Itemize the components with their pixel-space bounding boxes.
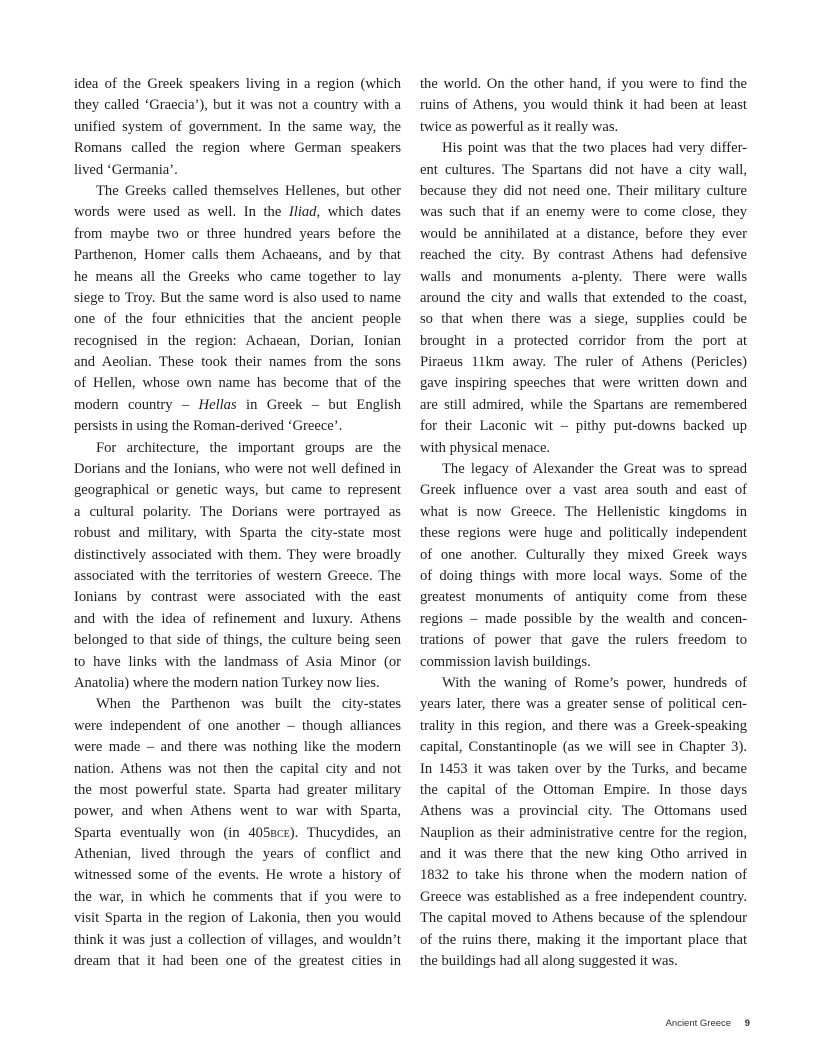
text-line: were independent of one another – though…	[74, 716, 401, 737]
text-line: reached the city. By contrast Athens had…	[420, 245, 747, 266]
text-line: they called ‘Graecia’), but it was not a…	[74, 95, 401, 116]
left-column: idea of the Greek speakers living in a r…	[74, 74, 401, 972]
text-line: recognised in the region: Achaean, Doria…	[74, 331, 401, 352]
text-line: belonged to that side of things, the cul…	[74, 630, 401, 651]
text-line: from maybe two or three hundred years be…	[74, 224, 401, 245]
text-line: witnessed some of the events. He wrote a…	[74, 865, 401, 886]
text-line: In 1453 it was taken over by the Turks, …	[420, 759, 747, 780]
text-line: around the city and walls that extended …	[420, 288, 747, 309]
text-line: The capital moved to Athens because of t…	[420, 908, 747, 929]
text-line: years later, there was a greater sense o…	[420, 694, 747, 715]
text-line: of Hellen, whose own name has become tha…	[74, 373, 401, 394]
text-line: siege to Troy. But the same word is also…	[74, 288, 401, 309]
text-line: the capital of the Ottoman Empire. In th…	[420, 780, 747, 801]
text-line: gave inspiring speeches that were writte…	[420, 373, 747, 394]
page-footer: Ancient Greece 9	[666, 1018, 750, 1029]
text-line: of doing things with more local ways. So…	[420, 566, 747, 587]
italic-term: Hellas	[199, 397, 237, 413]
text-line: were made – and there was nothing like t…	[74, 737, 401, 758]
text-line: The Greeks called themselves Hellenes, b…	[74, 181, 401, 202]
right-column: the world. On the other hand, if you wer…	[420, 74, 747, 972]
text-line: dream that it had been one of the greate…	[74, 951, 401, 972]
text-line: he means all the Greeks who came togethe…	[74, 267, 401, 288]
text-line: the buildings had all along suggested it…	[420, 951, 747, 972]
text-line: With the waning of Rome’s power, hundred…	[420, 673, 747, 694]
small-caps-term: bce	[270, 825, 289, 841]
text-line: 1832 to take his throne when the modern …	[420, 865, 747, 886]
text-line: nation. Athens was not then the capital …	[74, 759, 401, 780]
text-line: Greece was established as a free indepen…	[420, 887, 747, 908]
text-line: greatest monuments of antiquity come fro…	[420, 587, 747, 608]
text-line: so that when there was a siege, supplies…	[420, 309, 747, 330]
text-line: The legacy of Alexander the Great was to…	[420, 459, 747, 480]
text-line: commission lavish buildings.	[420, 652, 747, 673]
text-line: regions – made possible by the wealth an…	[420, 609, 747, 630]
text-line: the war, in which he comments that if yo…	[74, 887, 401, 908]
text-line: distinctively associated with them. They…	[74, 545, 401, 566]
text-line: to have links with the landmass of Asia …	[74, 652, 401, 673]
text-line: brought in a protected corridor from the…	[420, 331, 747, 352]
text-line: twice as powerful as it really was.	[420, 117, 747, 138]
book-page: idea of the Greek speakers living in a r…	[0, 0, 818, 1064]
text-line: robust and military, with Sparta the cit…	[74, 523, 401, 544]
text-line: Romans called the region where German sp…	[74, 138, 401, 159]
text-line: Nauplion as their administrative centre …	[420, 823, 747, 844]
text-line: power, and when Athens went to war with …	[74, 801, 401, 822]
page-number: 9	[745, 1018, 750, 1029]
text-line: His point was that the two places had ve…	[420, 138, 747, 159]
text-line: would be annihilated at a distance, befo…	[420, 224, 747, 245]
text-line: For architecture, the important groups a…	[74, 438, 401, 459]
running-title: Ancient Greece	[666, 1018, 731, 1029]
text-line: the most powerful state. Sparta had grea…	[74, 780, 401, 801]
text-line: was such that if an enemy were to come c…	[420, 202, 747, 223]
text-line: persists in using the Roman-derived ‘Gre…	[74, 416, 401, 437]
text-line: a cultural polarity. The Dorians were po…	[74, 502, 401, 523]
text-line: visit Sparta in the region of Lakonia, t…	[74, 908, 401, 929]
text-line: Athens was a provincial city. The Ottoma…	[420, 801, 747, 822]
text-line: with physical menace.	[420, 438, 747, 459]
text-line: think it was just a collection of villag…	[74, 930, 401, 951]
text-line: of one another. Culturally they mixed Gr…	[420, 545, 747, 566]
text-line: what is now Greece. The Hellenistic king…	[420, 502, 747, 523]
text-line: of the ruins there, making it the import…	[420, 930, 747, 951]
text-line: these regions were huge and politically …	[420, 523, 747, 544]
text-line: unified system of government. In the sam…	[74, 117, 401, 138]
text-line: lived ‘Germania’.	[74, 160, 401, 181]
text-line: Piraeus 11km away. The ruler of Athens (…	[420, 352, 747, 373]
text-line: idea of the Greek speakers living in a r…	[74, 74, 401, 95]
text-line: associated with the territories of weste…	[74, 566, 401, 587]
text-line: one of the four ethnicities that the anc…	[74, 309, 401, 330]
text-line: because they did not need one. Their mil…	[420, 181, 747, 202]
text-line: are still admired, while the Spartans ar…	[420, 395, 747, 416]
text-line: trality in this region, and there was a …	[420, 716, 747, 737]
text-line: walls and monuments a-plenty. There were…	[420, 267, 747, 288]
text-line: Anatolia) where the modern nation Turkey…	[74, 673, 401, 694]
text-line: ent cultures. The Spartans did not have …	[420, 160, 747, 181]
text-line: the world. On the other hand, if you wer…	[420, 74, 747, 95]
text-line: When the Parthenon was built the city-st…	[74, 694, 401, 715]
text-line: and it was there that the new king Otho …	[420, 844, 747, 865]
text-line: ruins of Athens, you would think it had …	[420, 95, 747, 116]
text-line: Athenian, lived through the years of con…	[74, 844, 401, 865]
text-line: geographical or genetic ways, but came t…	[74, 480, 401, 501]
italic-term: Iliad	[289, 204, 317, 220]
text-line: and with the idea of refinement and luxu…	[74, 609, 401, 630]
text-line: Sparta eventually won (in 405bce). Thucy…	[74, 823, 401, 844]
text-line: for their Laconic wit – pithy put-downs …	[420, 416, 747, 437]
text-line: and Aeolian. These took their names from…	[74, 352, 401, 373]
text-line: trations of power that gave the rulers f…	[420, 630, 747, 651]
text-line: capital, Constantinople (as we will see …	[420, 737, 747, 758]
text-line: Parthenon, Homer calls them Achaeans, an…	[74, 245, 401, 266]
text-line: Dorians and the Ionians, who were not we…	[74, 459, 401, 480]
text-line: Ionians by contrast were associated with…	[74, 587, 401, 608]
text-line: words were used as well. In the Iliad, w…	[74, 202, 401, 223]
text-line: Greek influence over a vast area south a…	[420, 480, 747, 501]
text-line: modern country – Hellas in Greek – but E…	[74, 395, 401, 416]
